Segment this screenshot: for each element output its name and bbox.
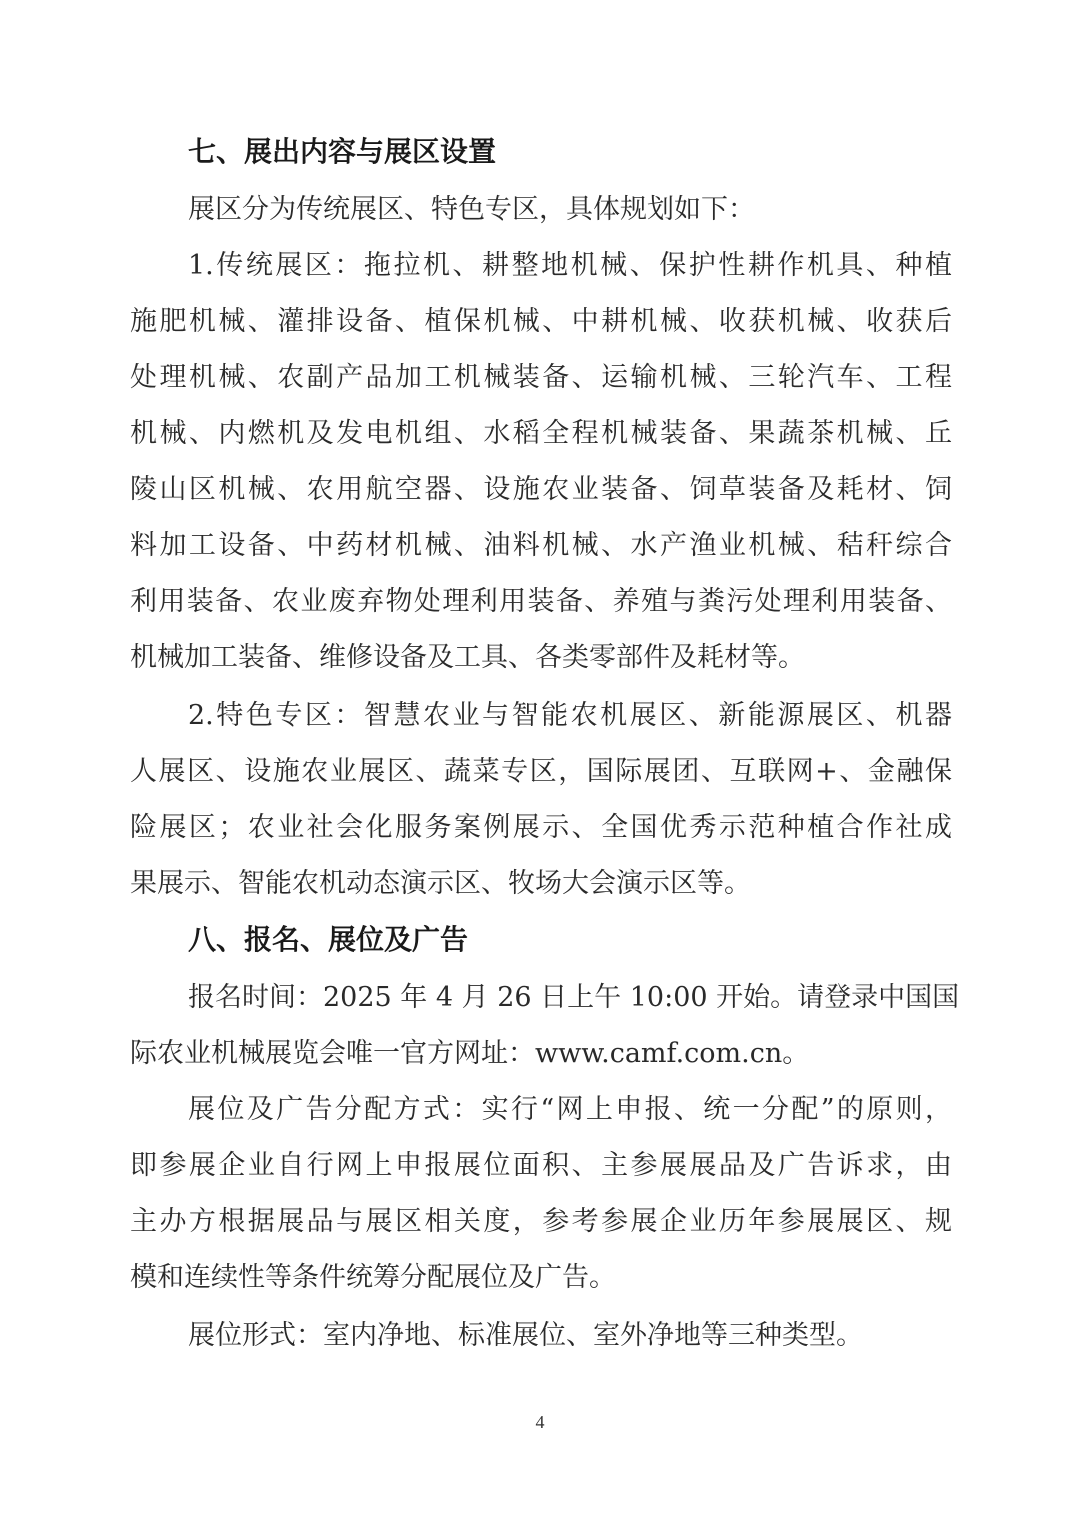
section-7-intro: 展区分为传统展区、特色专区，具体规划如下： bbox=[188, 190, 952, 230]
allocation-line: 展位及广告分配方式：实行“网上申报、统一分配”的原则， bbox=[188, 1090, 952, 1130]
page-number: 4 bbox=[0, 1412, 1080, 1433]
item-2-line: 险展区；农业社会化服务案例展示、全国优秀示范种植合作社成 bbox=[130, 808, 952, 848]
item-1-line: 1.传统展区：拖拉机、耕整地机械、保护性耕作机具、种植 bbox=[188, 246, 952, 286]
item-1-line: 机械加工装备、维修设备及工具、各类零部件及耗材等。 bbox=[130, 638, 952, 678]
allocation-line: 模和连续性等条件统筹分配展位及广告。 bbox=[130, 1258, 952, 1298]
item-2-line: 2.特色专区：智慧农业与智能农机展区、新能源展区、机器 bbox=[188, 696, 952, 736]
registration-line: 报名时间：2025 年 4 月 26 日上午 10:00 开始。请登录中国国 bbox=[188, 978, 952, 1018]
registration-line: 际农业机械展览会唯一官方网址：www.camf.com.cn。 bbox=[130, 1034, 952, 1074]
document-page: 七、展出内容与展区设置 展区分为传统展区、特色专区，具体规划如下： 1.传统展区… bbox=[0, 0, 1080, 1527]
item-1-line: 施肥机械、灌排设备、植保机械、中耕机械、收获机械、收获后 bbox=[130, 302, 952, 342]
allocation-line: 主办方根据展品与展区相关度，参考参展企业历年参展展区、规 bbox=[130, 1202, 952, 1242]
item-1-line: 机械、内燃机及发电机组、水稻全程机械装备、果蔬茶机械、丘 bbox=[130, 414, 952, 454]
item-1-line: 料加工设备、中药材机械、油料机械、水产渔业机械、秸秆综合 bbox=[130, 526, 952, 566]
allocation-line: 即参展企业自行网上申报展位面积、主参展展品及广告诉求，由 bbox=[130, 1146, 952, 1186]
item-2-line: 人展区、设施农业展区、蔬菜专区，国际展团、互联网+、金融保 bbox=[130, 752, 952, 792]
section-7-heading: 七、展出内容与展区设置 bbox=[188, 130, 496, 174]
section-8-heading: 八、报名、展位及广告 bbox=[188, 918, 468, 962]
item-1-line: 利用装备、农业废弃物处理利用装备、养殖与粪污处理利用装备、 bbox=[130, 582, 952, 622]
item-1-line: 陵山区机械、农用航空器、设施农业装备、饲草装备及耗材、饲 bbox=[130, 470, 952, 510]
booth-types-line: 展位形式：室内净地、标准展位、室外净地等三种类型。 bbox=[188, 1316, 952, 1356]
item-1-line: 处理机械、农副产品加工机械装备、运输机械、三轮汽车、工程 bbox=[130, 358, 952, 398]
item-2-line: 果展示、智能农机动态演示区、牧场大会演示区等。 bbox=[130, 864, 952, 904]
